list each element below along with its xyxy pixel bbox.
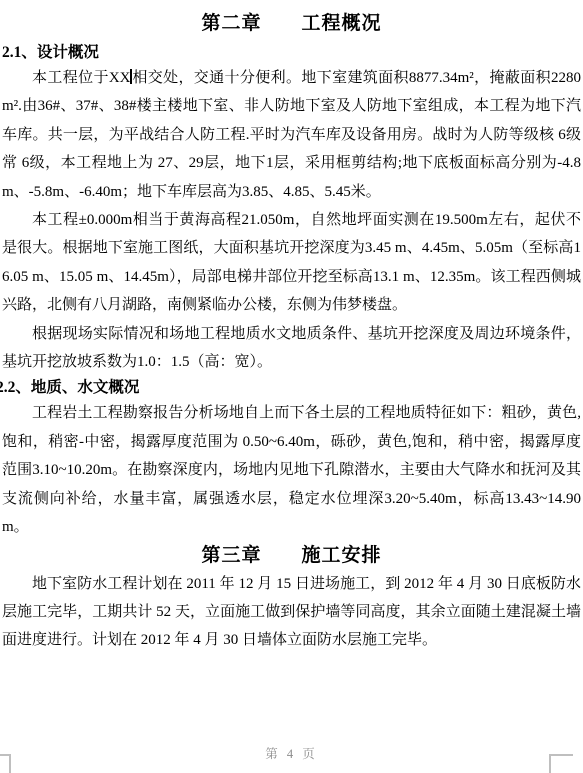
paragraph-geology-hydrology[interactable]: 工程岩土工程勘察报告分析场地自上而下各土层的工程地质特征如下：粗砂，黄色,饱和，… xyxy=(2,399,581,541)
document-page[interactable]: 第二章 工程概况 2.1、设计概况 本工程位于XX相交处，交通十分便利。地下室建… xyxy=(0,0,583,655)
paragraph-design-overview-text-before-cursor: 本工程位于XX xyxy=(32,70,130,86)
paragraph-elevation-excavation[interactable]: 本工程±0.000m相当于黄海高程21.050m，自然地坪面实测在19.500m… xyxy=(2,206,581,320)
paragraph-construction-schedule[interactable]: 地下室防水工程计划在 2011 年 12 月 15 日进场施工，到 2012 年… xyxy=(2,570,581,655)
paragraph-design-overview-text-after-cursor: 相交处，交通十分便利。地下室建筑面积8877.34m²，掩蔽面积2280 m².… xyxy=(2,70,581,200)
paragraph-slope-coefficient[interactable]: 根据现场实际情况和场地工程地质水文地质条件、基坑开挖深度及周边环境条件，基坑开挖… xyxy=(2,320,581,377)
margin-corner-mark-left xyxy=(0,754,11,773)
section-2-1-heading[interactable]: 2.1、设计概况 xyxy=(2,42,581,64)
margin-corner-mark-right xyxy=(549,754,573,773)
section-2-2-heading[interactable]: 2.2、地质、水文概况 xyxy=(0,376,581,399)
page-number: 第 4 页 xyxy=(0,744,583,762)
chapter-2-title[interactable]: 第二章 工程概况 xyxy=(2,10,581,37)
paragraph-design-overview[interactable]: 本工程位于XX相交处，交通十分便利。地下室建筑面积8877.34m²，掩蔽面积2… xyxy=(2,64,581,206)
chapter-3-title[interactable]: 第三章 施工安排 xyxy=(2,542,581,570)
